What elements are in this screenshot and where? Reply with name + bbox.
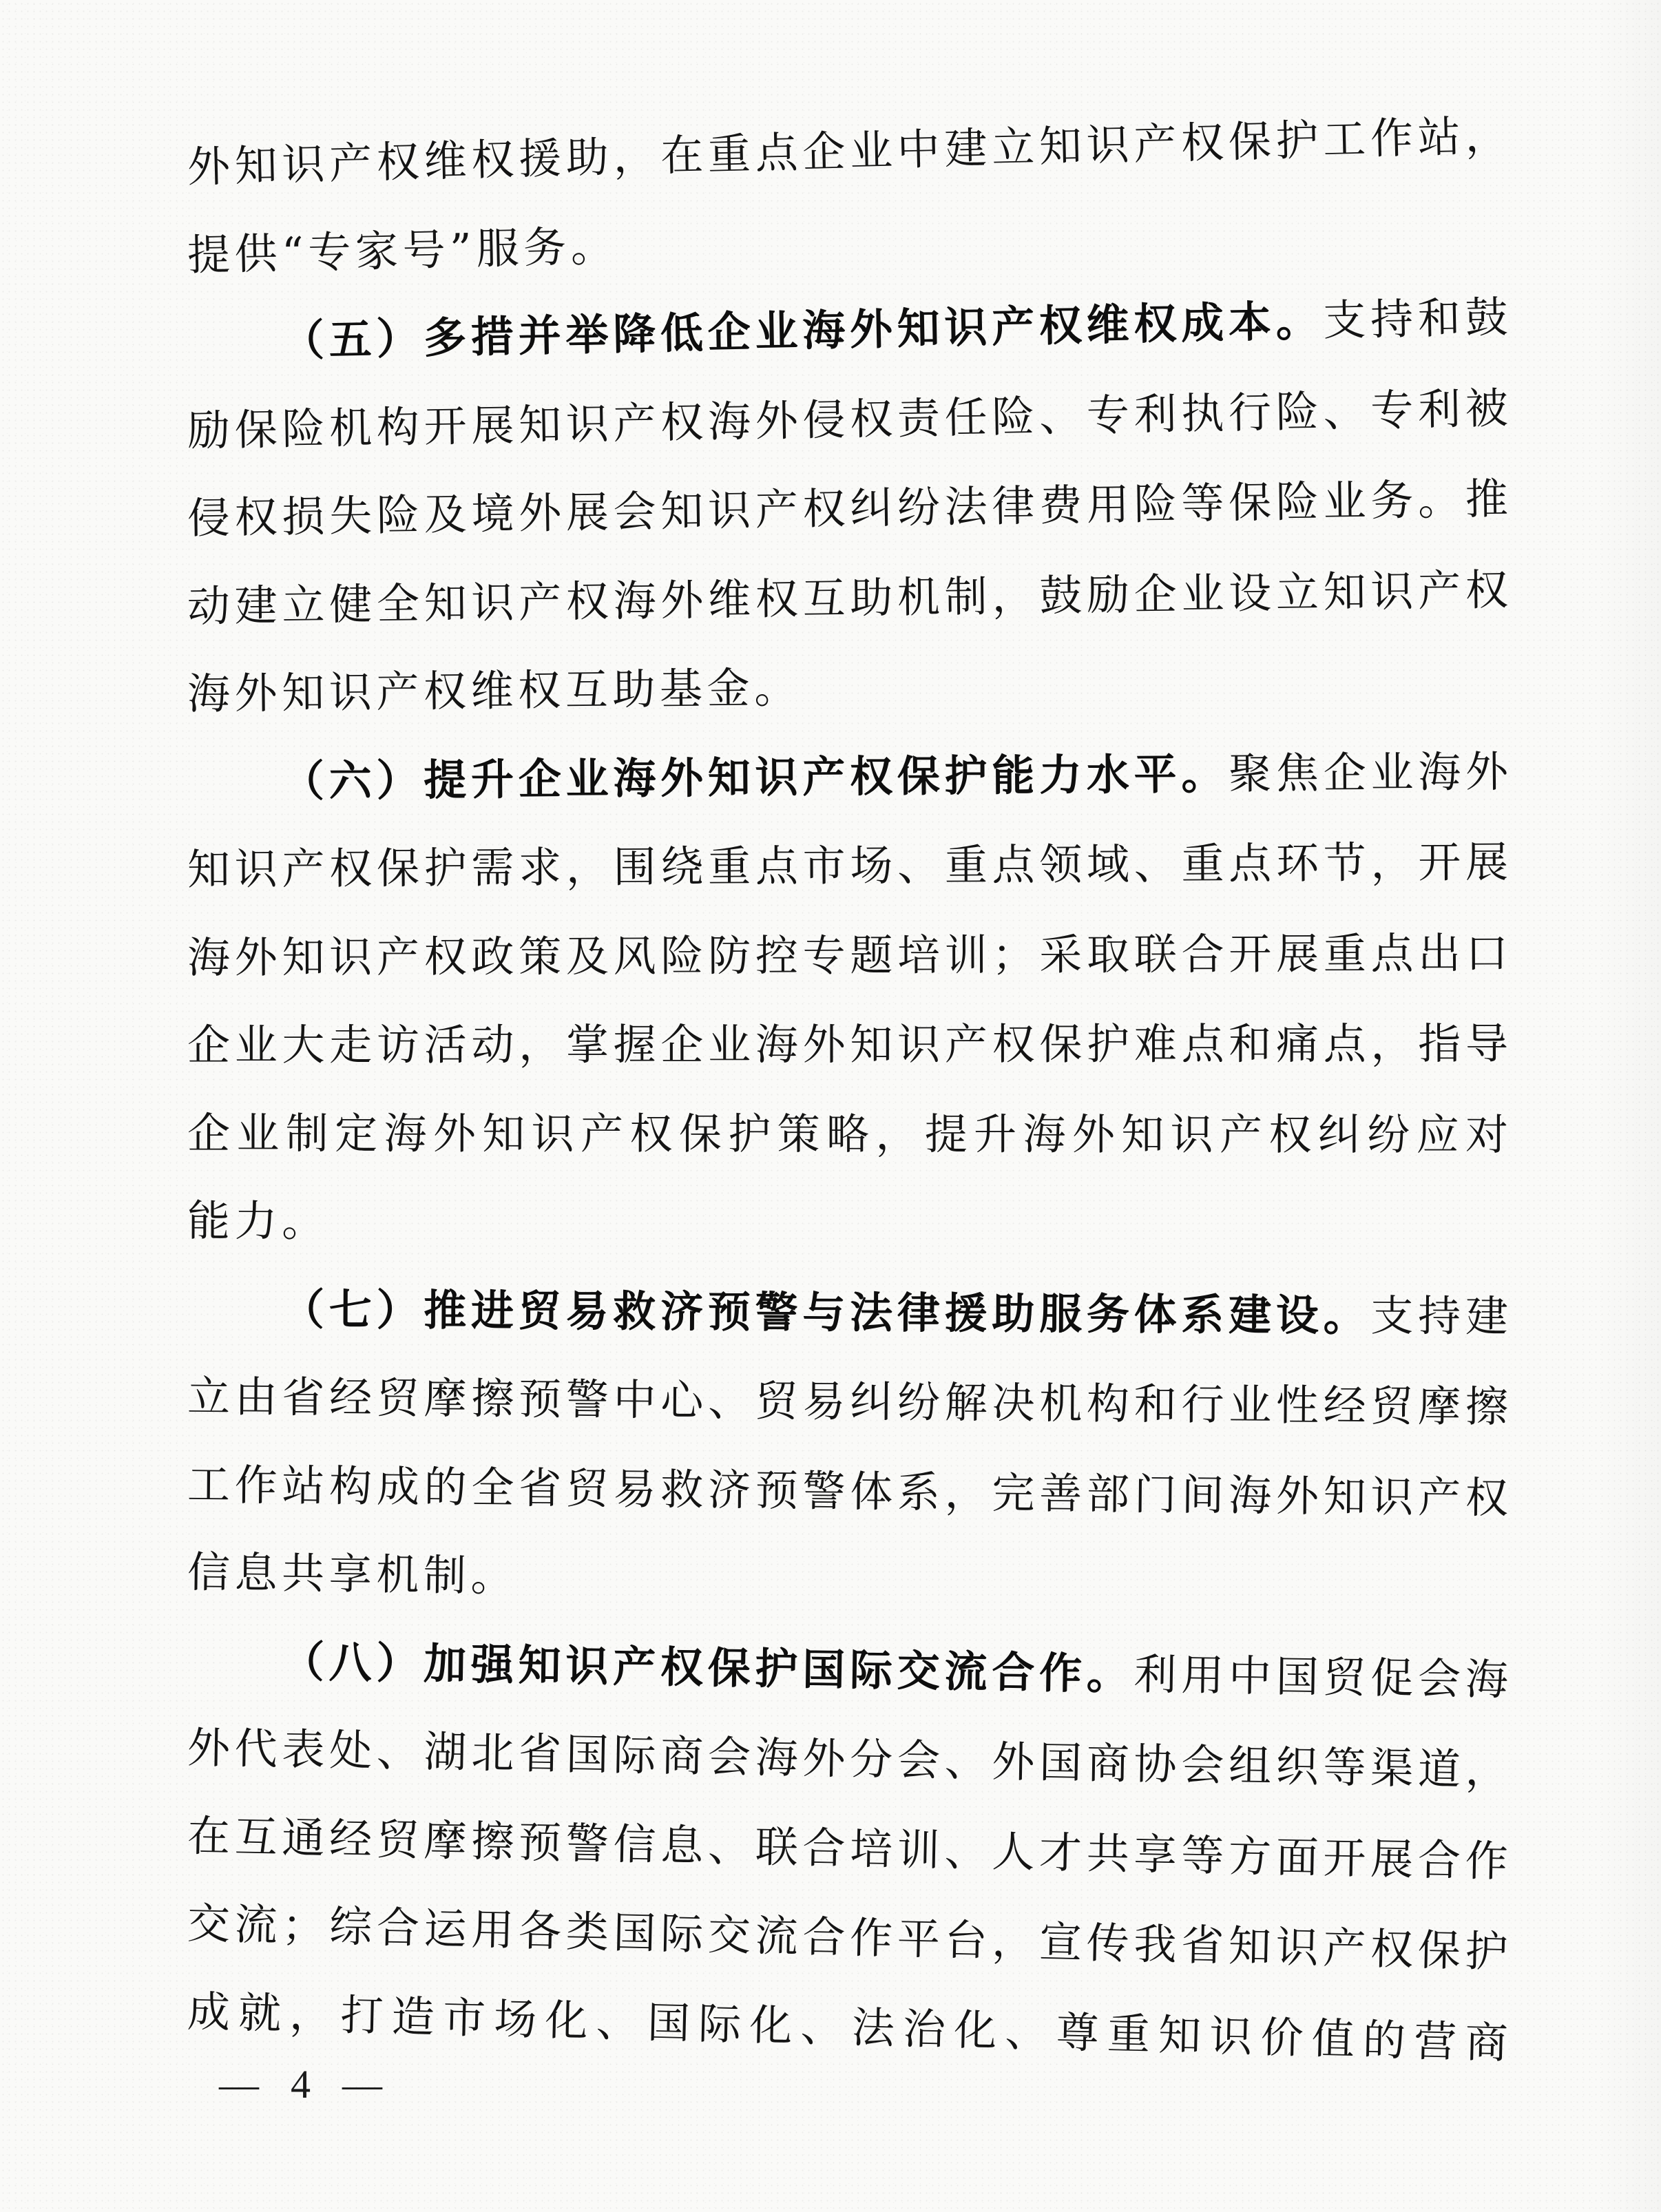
section-heading-7: （七）推进贸易救济预警与法律援助服务体系建设。 <box>282 1284 1371 1340</box>
body-line: 外代表处、湖北省国际商会海外分会、外国商协会组织等渠道， <box>187 1720 1508 1798</box>
body-line: 企业制定海外知识产权保护策略，提升海外知识产权纠纷应对 <box>187 1106 1508 1162</box>
body-line: 能力。 <box>187 1193 1508 1253</box>
body-line: 侵权损失险及境外展会知识产权纠纷法律费用险等保险业务。推 <box>187 472 1508 546</box>
body-line: 海外知识产权政策及风险防控专题培训；采取联合开展重点出口 <box>187 926 1508 985</box>
page-number-right-dash: — <box>342 2060 382 2109</box>
section-8-first-line: （八）加强知识产权保护国际交流合作。利用中国贸促会海 <box>187 1633 1508 1708</box>
body-line: 工作站构成的全省贸易救济预警体系，完善部门间海外知识产权 <box>187 1457 1509 1526</box>
body-line: 立由省经贸摩擦预警中心、贸易纠纷解决机构和行业性经贸摩擦 <box>187 1369 1509 1434</box>
body-line: 交流；综合运用各类国际交流合作平台，宣传我省知识产权保护 <box>187 1896 1508 1980</box>
body-text: 利用中国贸促会海 <box>1134 1649 1508 1704</box>
body-text: 支持和鼓 <box>1323 292 1509 346</box>
body-line: 企业大走访活动，掌握企业海外知识产权保护难点和痛点，指导 <box>187 1016 1508 1073</box>
section-heading-5: （五）多措并举降低企业海外知识产权维权成本。 <box>281 295 1324 366</box>
section-7-first-line: （七）推进贸易救济预警与法律援助服务体系建设。支持建 <box>187 1282 1508 1344</box>
body-text: 支持建 <box>1370 1290 1508 1341</box>
body-line: 海外知识产权维权互助基金。 <box>187 653 1509 722</box>
page-number: 4 <box>291 2060 311 2109</box>
section-6-first-line: （六）提升企业海外知识产权保护能力水平。聚焦企业海外 <box>187 744 1509 809</box>
body-line: 成就，打造市场化、国际化、法治化、尊重知识价值的营商 <box>187 1984 1508 2071</box>
body-line: 在互通经贸摩擦预警信息、联合培训、人才共享等方面开展合作 <box>187 1808 1508 1889</box>
body-line: 提供“专家号”服务。 <box>187 199 1508 283</box>
section-5-first-line: （五）多措并举降低企业海外知识产权维权成本。支持和鼓 <box>187 290 1508 371</box>
body-text: 聚焦企业海外 <box>1229 746 1508 798</box>
section-heading-8: （八）加强知识产权保护国际交流合作。 <box>281 1636 1134 1699</box>
document-page: 外知识产权维权援助，在重点企业中建立知识产权保护工作站， 提供“专家号”服务。 … <box>0 0 1661 2212</box>
body-line: 信息共享机制。 <box>187 1545 1508 1616</box>
body-line: 知识产权保护需求，围绕重点市场、重点领域、重点环节，开展 <box>187 835 1508 897</box>
body-line: 外知识产权维权援助，在重点企业中建立知识产权保护工作站， <box>187 108 1508 195</box>
body-line: 动建立健全知识产权海外维权互助机制，鼓励企业设立知识产权 <box>187 562 1508 634</box>
page-number-left-dash: — <box>219 2060 259 2109</box>
section-heading-6: （六）提升企业海外知识产权保护能力水平。 <box>282 748 1229 806</box>
page-number-footer: — 4 — <box>219 2060 382 2109</box>
body-line: 励保险机构开展知识产权海外侵权责任险、专利执行险、专利被 <box>187 381 1508 459</box>
